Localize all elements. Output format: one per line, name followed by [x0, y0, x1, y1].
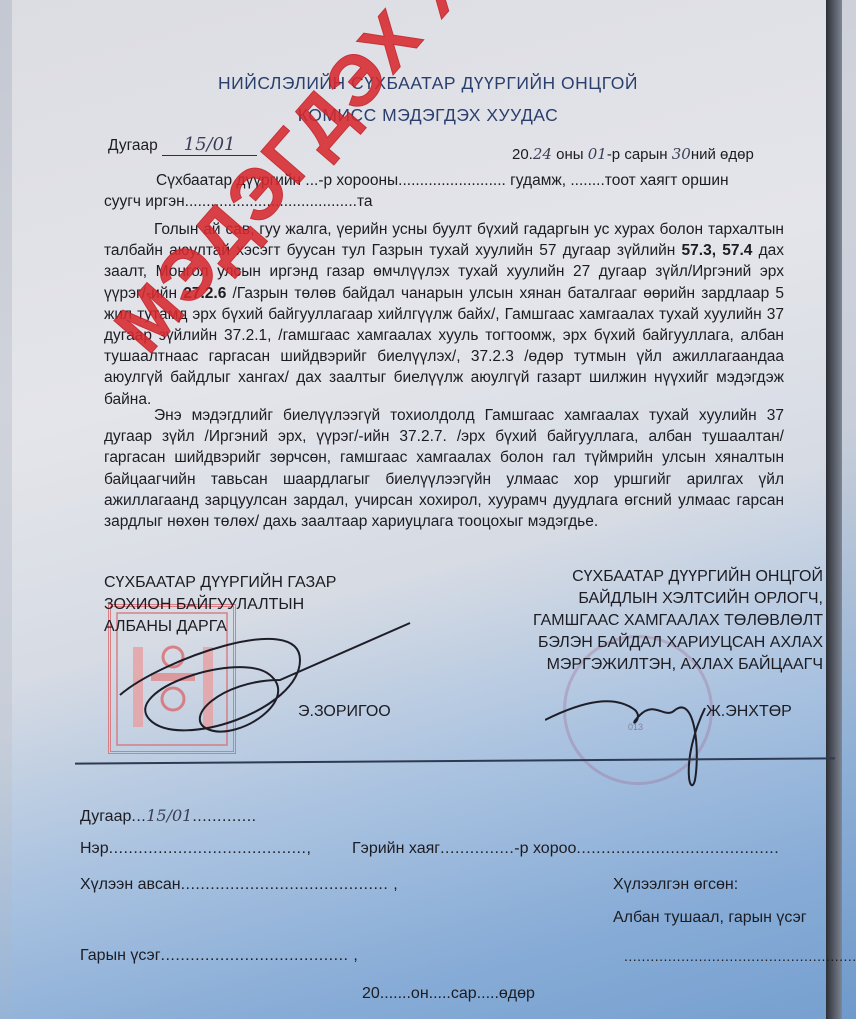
receipt-position-blank: ........................................…	[624, 948, 856, 964]
number-label: Дугаар	[108, 137, 158, 154]
document-number: Дугаар 15/01	[108, 134, 257, 156]
receipt-date-field: 20.......он.....сар.....өдөр	[362, 985, 535, 1003]
signatory-right-name: Ж.ЭНХТӨР	[706, 703, 792, 721]
receipt-address-field: Гэрийн хаяг...............-р хороо......…	[352, 840, 779, 858]
signatory-right: СҮХБААТАР ДҮҮРГИЙН ОНЦГОЙ БАЙДЛЫН ХЭЛТСИ…	[533, 566, 823, 676]
signature-right-scribble	[545, 690, 715, 800]
date-day: 30	[672, 145, 691, 163]
date-year: 24	[533, 145, 552, 163]
receipt-name-field: Нэр.....................................…	[80, 840, 311, 858]
receipt-received-field: Хүлээн авсан............................…	[80, 876, 398, 894]
document-date: 20.24 оны 01-р сарын 30ний өдөр	[512, 145, 754, 163]
receipt-signature-field: Гарын үсэг..............................…	[80, 947, 358, 965]
notice-paragraph-2: Энэ мэдэгдлийг биелүүлээгүй тохиолдолд Г…	[104, 405, 784, 532]
date-month: 01	[588, 145, 607, 163]
page-edge-shadow	[826, 0, 842, 1019]
document-title-line1: НИЙСЛЭЛИЙН СҮХБААТАР ДҮҮРГИЙН ОНЦГОЙ	[0, 73, 856, 94]
receipt-handed-label: Хүлээлгэн өгсөн:	[613, 876, 738, 894]
signature-left-scribble	[100, 620, 420, 760]
document-title-line2: КОМИСС МЭДЭГДЭХ ХУУДАС	[0, 105, 856, 126]
receipt-number-value: 15/01	[146, 806, 192, 825]
receipt-number: Дугаар...15/01.............	[80, 806, 257, 826]
receipt-position-label: Албан тушаал, гарын үсэг	[613, 909, 807, 927]
